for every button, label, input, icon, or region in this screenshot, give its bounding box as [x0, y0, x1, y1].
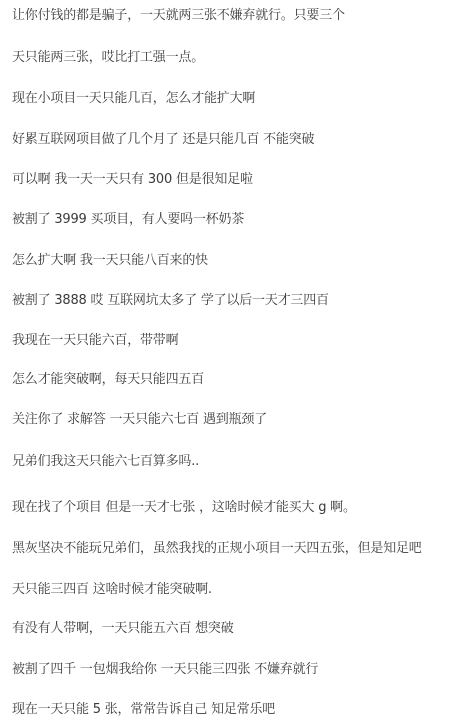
comment-line: 现在一天只能 5 张，常常告诉自己 知足常乐吧	[12, 701, 275, 719]
comment-line: 兄弟们我这天只能六七百算多吗..	[12, 453, 199, 471]
comment-line: 可以啊 我一天一天只有 300 但是很知足啦	[12, 171, 253, 189]
comment-line: 怎么扩大啊 我一天只能八百来的快	[12, 252, 208, 270]
comment-line: 关注你了 求解答 一天只能六七百 遇到瓶颈了	[12, 411, 267, 429]
comment-line: 被割了 3888 哎 互联网坑太多了 学了以后一天才三四百	[12, 292, 329, 310]
comment-line: 黑灰坚决不能玩兄弟们，虽然我找的正规小项目一天四五张，但是知足吧	[12, 540, 422, 558]
comment-line: 我现在一天只能六百，带带啊	[12, 332, 178, 350]
comment-line: 被割了 3999 买项目，有人要吗一杯奶茶	[12, 211, 244, 229]
comment-line: 被割了四千 一包烟我给你 一天只能三四张 不嫌弃就行	[12, 661, 318, 679]
comment-line: 天只能两三张，哎比打工强一点。	[12, 49, 204, 67]
comment-line: 现在小项目一天只能几百，怎么才能扩大啊	[12, 90, 255, 108]
comment-line: 怎么才能突破啊，每天只能四五百	[12, 371, 204, 389]
comment-line: 让你付钱的都是骗子，一天就两三张不嫌弃就行。只要三个	[12, 7, 345, 25]
comment-line: 天只能三四百 这啥时候才能突破啊.	[12, 581, 212, 599]
comment-line: 有没有人带啊，一天只能五六百 想突破	[12, 620, 234, 638]
comment-line: 现在找了个项目 但是一天才七张 ，这啥时候才能买大 g 啊。	[12, 499, 356, 517]
comment-line: 好累互联网项目做了几个月了 还是只能几百 不能突破	[12, 131, 314, 149]
